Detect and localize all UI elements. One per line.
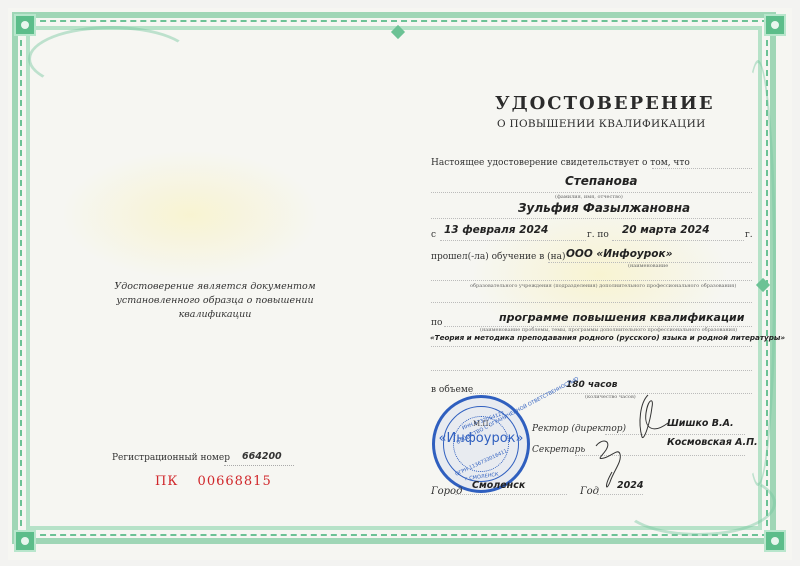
director-label: Ректор (директор) <box>532 424 626 434</box>
secretary-name: Космовская А.П. <box>667 437 758 448</box>
organization-stamp: ОБЩЕСТВО С ОГРАНИЧЕННОЙ ОТВЕТСТВЕННОСТЬЮ… <box>432 395 530 493</box>
fill-line <box>440 240 586 241</box>
registration-number: 664200 <box>242 451 282 462</box>
to-label: г. по <box>587 230 609 240</box>
year-suffix: г. <box>745 230 753 240</box>
registration-label: Регистрационный номер <box>112 453 230 463</box>
registration-line <box>224 465 294 466</box>
program-name: «Теория и методика преподавания родного … <box>430 333 785 342</box>
year: 2024 <box>617 480 643 491</box>
name-hint: (фамилия, имя, отчество) <box>555 194 623 200</box>
certificate-subtitle: О ПОВЫШЕНИИ КВАЛИФИКАЦИИ <box>497 118 706 130</box>
org-hint-2: образовательного учреждения (подразделен… <box>470 283 736 289</box>
volume-label: в объеме <box>431 385 473 395</box>
given-names: Зульфия Фазылжановна <box>518 201 690 215</box>
fill-line <box>431 280 752 281</box>
city-label: Город <box>431 486 462 497</box>
fill-line <box>455 494 567 495</box>
fill-line <box>431 192 752 193</box>
volume-hint: (количество часов) <box>585 394 636 400</box>
corner-rosette-icon <box>14 14 36 36</box>
fill-line <box>431 302 752 303</box>
trained-label: прошел(-ла) обучение в (на) <box>431 252 566 262</box>
fill-line <box>597 494 643 495</box>
organization: ООО «Инфоурок» <box>566 248 672 260</box>
fill-line <box>605 434 745 435</box>
fill-line <box>612 240 744 241</box>
date-from: 13 февраля 2024 <box>444 224 548 236</box>
certificate-title: УДОСТОВЕРЕНИЕ <box>495 93 715 114</box>
intro-text: Настоящее удостоверение свидетельствует … <box>431 158 690 168</box>
year-label: Год <box>580 486 599 497</box>
city: Смоленск <box>472 480 525 491</box>
from-prefix: с <box>431 230 436 240</box>
date-to: 20 марта 2024 <box>622 224 710 236</box>
stamp-org-name: «Инфоурок» <box>435 431 527 446</box>
corner-rosette-icon <box>764 14 786 36</box>
program-prefix: по <box>431 318 442 328</box>
corner-rosette-icon <box>14 530 36 552</box>
fill-line <box>431 370 752 371</box>
secretary-label: Секретарь <box>532 445 585 455</box>
document-status-note: Удостоверение является документом устано… <box>100 280 330 322</box>
serial-value: 00668815 <box>198 474 272 489</box>
director-name: Шишко В.А. <box>667 418 734 429</box>
border-wave-ornament <box>740 60 776 486</box>
director-signature-icon <box>630 393 670 443</box>
fill-line <box>652 168 752 169</box>
surname: Степанова <box>565 174 638 188</box>
org-hint: (наименование <box>628 263 668 269</box>
fill-line <box>431 346 752 347</box>
serial-prefix: ПК <box>155 474 178 489</box>
fill-line <box>431 218 752 219</box>
corner-rosette-icon <box>764 530 786 552</box>
registration-number-row: Регистрационный номер 664200 <box>112 453 230 463</box>
serial-number: ПК 00668815 <box>155 474 272 489</box>
note-line-2: установленного образца о повышении квали… <box>100 294 330 322</box>
program-type: программе повышения квалификации <box>499 311 744 324</box>
stamp-mark: М.П. <box>473 420 491 428</box>
border-wave-ornament <box>28 26 194 92</box>
note-line-1: Удостоверение является документом <box>100 280 330 294</box>
